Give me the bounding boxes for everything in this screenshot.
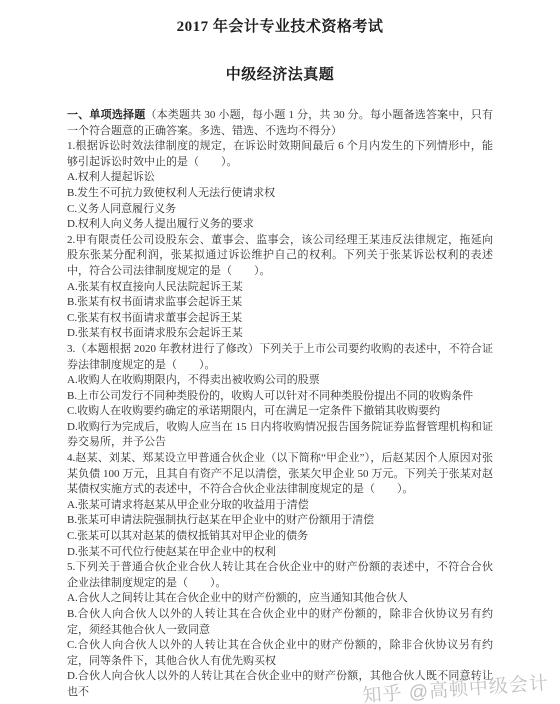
question-3-option-c: C.收购人在收购要约确定的承诺期限内，可在满足一定条件下撤销其收购要约 xyxy=(67,404,493,420)
section-heading-label: 一、单项选择题 xyxy=(67,109,145,121)
question-3-option-a: A.收购人在收购期限内，不得卖出被收购公司的股票 xyxy=(67,373,493,389)
question-4-option-b: B.张某可申请法院强制执行赵某在甲企业中的财产份额用于清偿 xyxy=(67,513,493,529)
question-4-stem: 4.赵某、刘某、郑某设立甲普通合伙企业（以下简称“甲企业”），后赵某因个人原因对… xyxy=(67,451,493,498)
question-4: 4.赵某、刘某、郑某设立甲普通合伙企业（以下简称“甲企业”），后赵某因个人原因对… xyxy=(67,451,493,560)
question-5: 5.下列关于普通合伙企业合伙人转让其在合伙企业中的财产份额的表述中，不符合合伙企… xyxy=(67,560,493,700)
document-page: 2017 年会计专业技术资格考试 中级经济法真题 一、单项选择题（本类题共 30… xyxy=(0,0,560,704)
question-2: 2.甲有限责任公司设股东会、董事会、监事会，该公司经理王某违反法律规定，拖延向股… xyxy=(67,233,493,342)
question-1-option-d: D.权利人向义务人提出履行义务的要求 xyxy=(67,217,493,233)
question-3-option-d: D.收购行为完成后，收购人应当在 15 日内将收购情况报告国务院证券监督管理机构… xyxy=(67,420,493,451)
question-2-stem: 2.甲有限责任公司设股东会、董事会、监事会，该公司经理王某违反法律规定，拖延向股… xyxy=(67,233,493,280)
question-2-option-c: C.张某有权书面请求董事会起诉王某 xyxy=(67,311,493,327)
question-section: 一、单项选择题（本类题共 30 小题，每小题 1 分，共 30 分。每小题备选答… xyxy=(67,108,493,701)
question-5-stem: 5.下列关于普通合伙企业合伙人转让其在合伙企业中的财产份额的表述中，不符合合伙企… xyxy=(67,560,493,591)
question-4-option-a: A.张某可请求将赵某从甲企业分取的收益用于清偿 xyxy=(67,498,493,514)
section-heading: 一、单项选择题（本类题共 30 小题，每小题 1 分，共 30 分。每小题备选答… xyxy=(67,108,493,139)
question-1: 1.根据诉讼时效法律制度的规定，在诉讼时效期间最后 6 个月内发生的下列情形中，… xyxy=(67,139,493,233)
paper-title: 中级经济法真题 xyxy=(0,65,560,85)
question-1-option-c: C.义务人同意履行义务 xyxy=(67,202,493,218)
question-3: 3.（本题根据 2020 年教材进行了修改）下列关于上市公司要约收购的表述中，不… xyxy=(67,342,493,451)
question-5-option-d: D.合伙人向合伙人以外的人转让其在合伙企业中的财产份额，其他合伙人既不同意转让也… xyxy=(67,669,493,700)
question-5-option-b: B.合伙人向合伙人以外的人转让其在合伙企业中的财产份额的，除非合伙协议另有约定，… xyxy=(67,607,493,638)
question-5-option-a: A.合伙人之间转让其在合伙企业中的财产份额的，应当通知其他合伙人 xyxy=(67,591,493,607)
question-3-option-b: B.上市公司发行不同种类股份的，收购人可以针对不同种类股份提出不同的收购条件 xyxy=(67,389,493,405)
question-2-option-b: B.张某有权书面请求监事会起诉王某 xyxy=(67,295,493,311)
exam-title: 2017 年会计专业技术资格考试 xyxy=(0,0,560,37)
question-1-option-b: B.发生不可抗力致使权利人无法行使请求权 xyxy=(67,186,493,202)
question-4-option-d: D.张某不可代位行使赵某在甲企业中的权利 xyxy=(67,545,493,561)
question-4-option-c: C.张某可以其对赵某的债权抵销其对甲企业的债务 xyxy=(67,529,493,545)
question-2-option-d: D.张某有权书面请求股东会起诉王某 xyxy=(67,326,493,342)
question-3-stem: 3.（本题根据 2020 年教材进行了修改）下列关于上市公司要约收购的表述中，不… xyxy=(67,342,493,373)
question-1-option-a: A.权利人提起诉讼 xyxy=(67,170,493,186)
question-1-stem: 1.根据诉讼时效法律制度的规定，在诉讼时效期间最后 6 个月内发生的下列情形中，… xyxy=(67,139,493,170)
question-5-option-c: C.合伙人向合伙人以外的人转让其在合伙企业中的财产份额的，除非合伙协议另有约定，… xyxy=(67,638,493,669)
question-2-option-a: A.张某有权直接向人民法院起诉王某 xyxy=(67,280,493,296)
